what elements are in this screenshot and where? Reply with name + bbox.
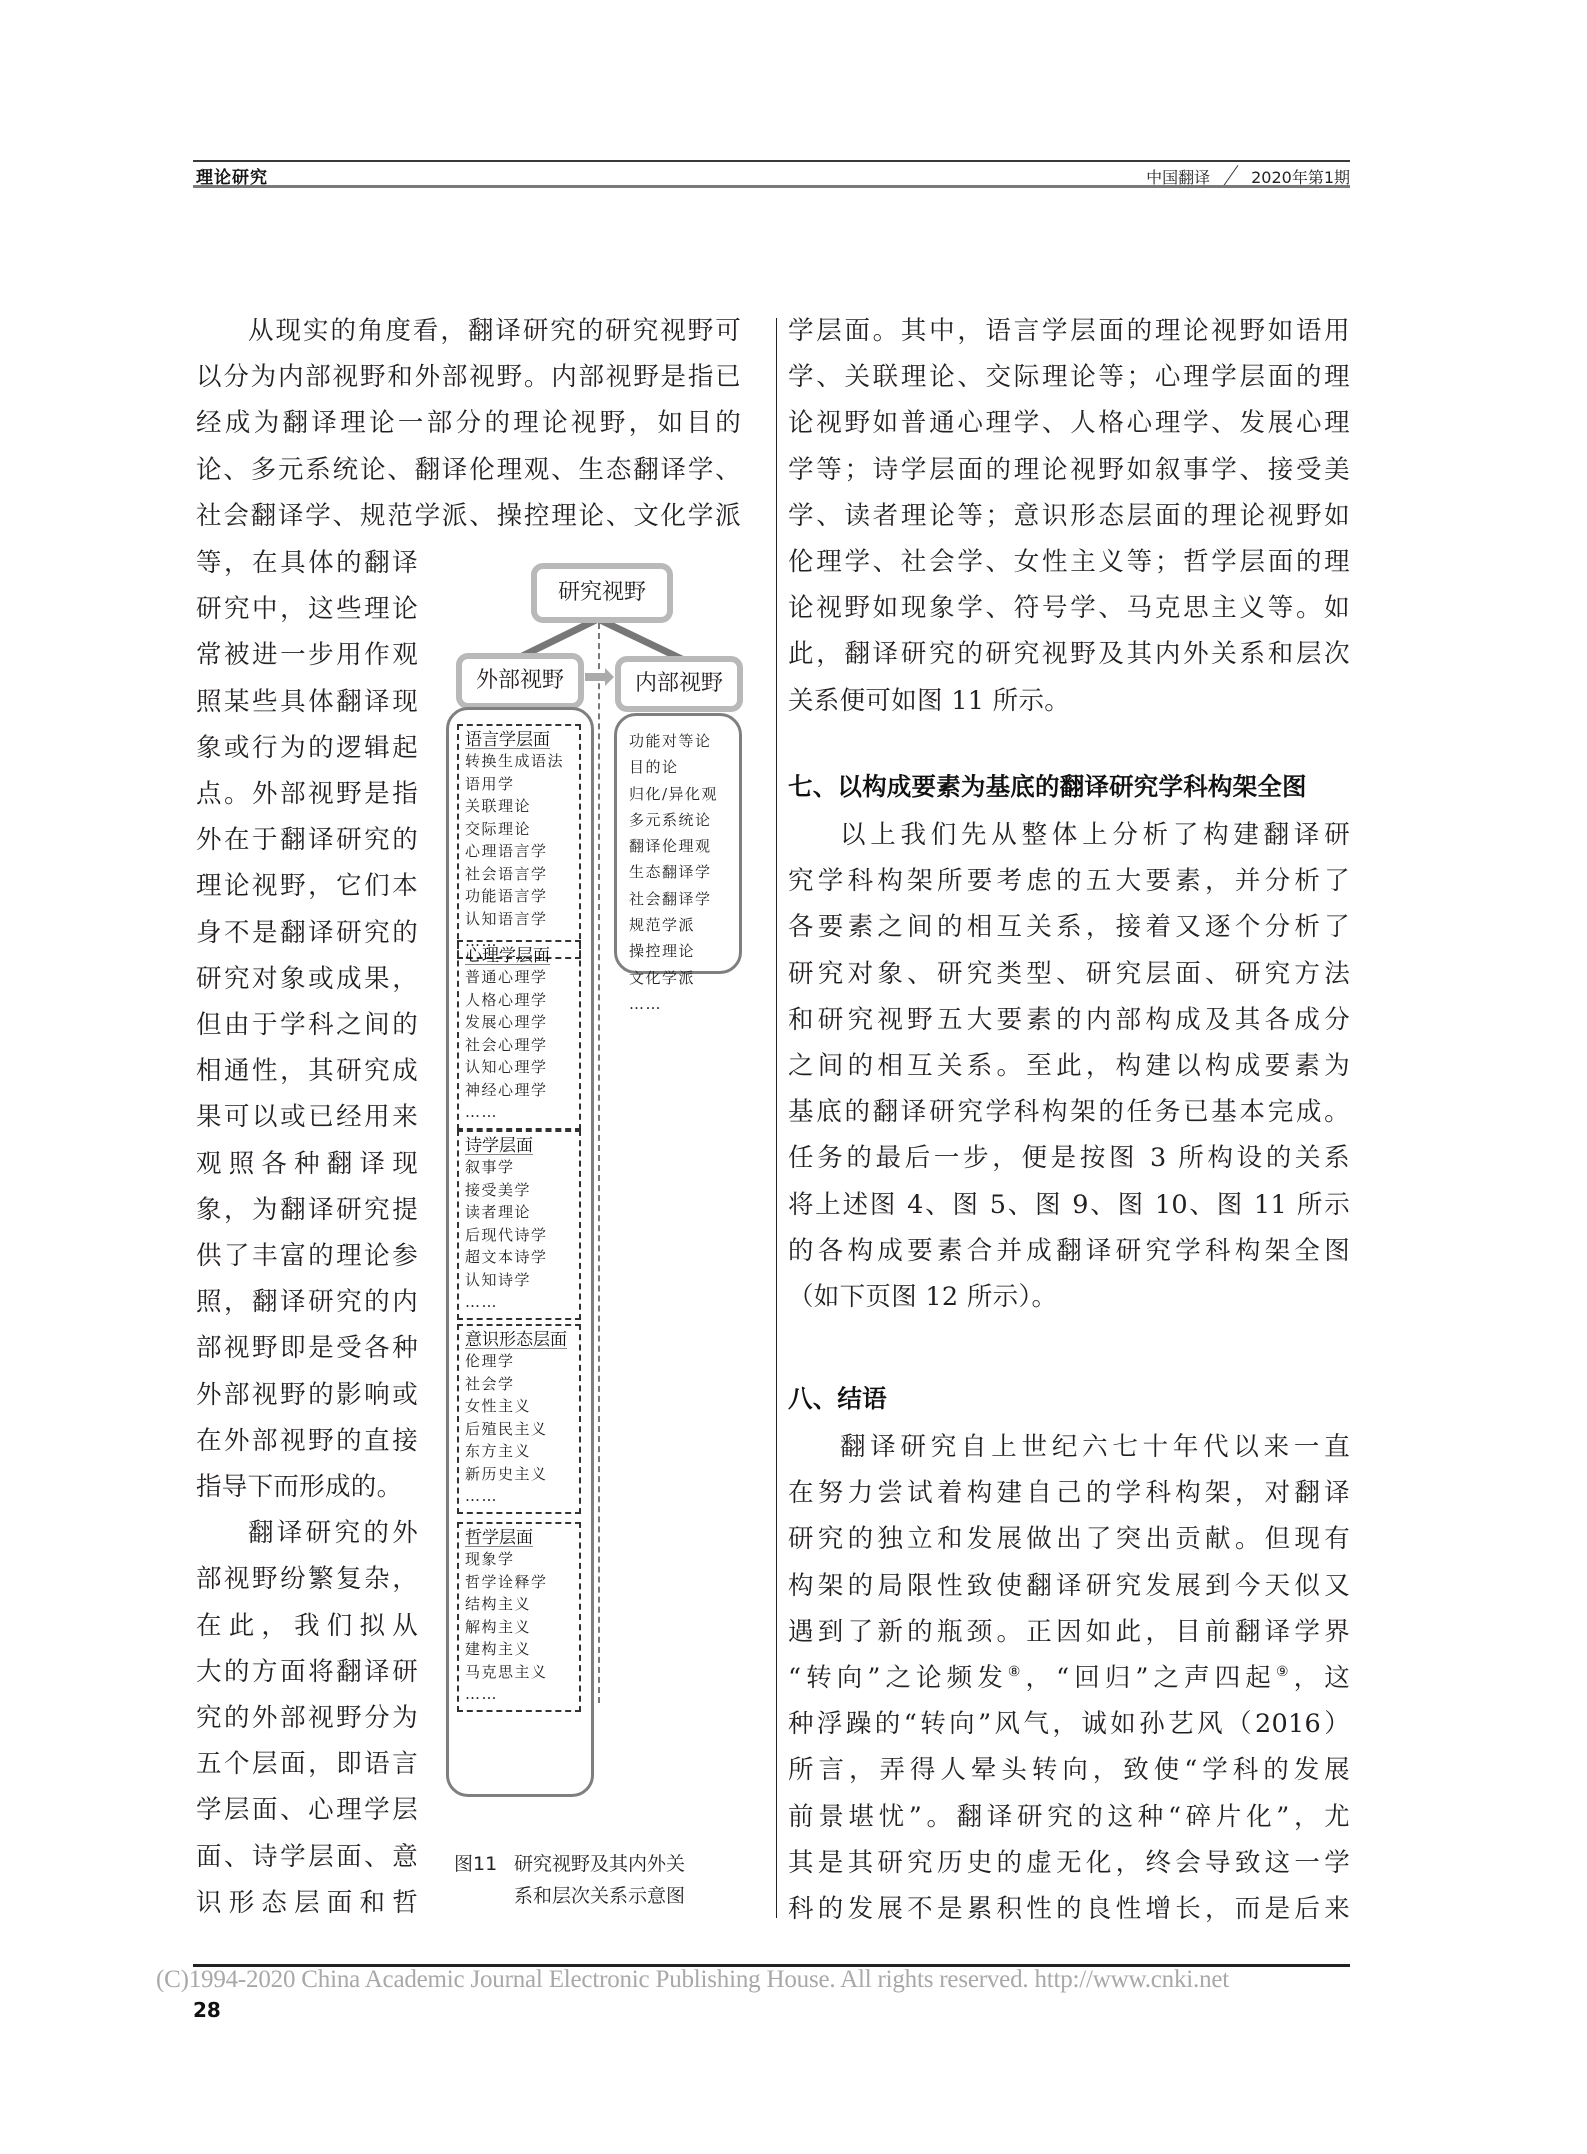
layer-item: 社会学 [465,1373,579,1396]
text-segment: ，“回归”之声四起 [1026,1663,1276,1693]
text-line: 以分为内部视野和外部视野。内部视野是指已 [196,354,741,400]
layer-item: 人格心理学 [465,989,579,1012]
internal-item: 操控理论 [629,938,718,964]
layer-item: 超文本诗学 [465,1246,579,1269]
text-line: 外在于翻译研究的 [196,817,418,863]
layer-item: …… [465,1101,579,1124]
text-line: 和研究视野五大要素的内部构成及其各成分 [788,997,1350,1043]
text-line: 论视野如现象学、符号学、马克思主义等。如 [788,585,1350,631]
text-line: 伦理学、社会学、女性主义等；哲学层面的理 [788,539,1350,585]
internal-items-list: 功能对等论 目的论 归化/异化观 多元系统论 翻译伦理观 生态翻译学 社会翻译学… [629,728,718,1017]
text-line: 研究的独立和发展做出了突出贡献。但现有 [788,1516,1350,1562]
left-paragraph-1-full: 从现实的角度看，翻译研究的研究视野可 以分为内部视野和外部视野。内部视野是指已 … [196,308,741,539]
dashed-divider [598,623,600,1703]
text-line: 学、读者理论等；意识形态层面的理论视野如 [788,493,1350,539]
layer-item: 神经心理学 [465,1079,579,1102]
layer-item: 关联理论 [465,795,579,818]
text-line: 果可以或已经用来 [196,1094,418,1140]
text-line: 从现实的角度看，翻译研究的研究视野可 [196,308,741,354]
layer-item: 马克思主义 [465,1661,579,1684]
caption-line-2: 系和层次关系示意图 [454,1880,685,1912]
text-line: 前景堪忧”。翻译研究的这种“碎片化”，尤 [788,1794,1350,1840]
text-line: 五个层面，即语言 [196,1741,418,1787]
figure-caption: 图11研究视野及其内外关 系和层次关系示意图 [454,1848,685,1912]
internal-item: 文化学派 [629,965,718,991]
text-line: 科的发展不是累积性的良性增长，而是后来 [788,1886,1350,1932]
layer-poetics: 诗学层面 叙事学 接受美学 读者理论 后现代诗学 超文本诗学 认知诗学 …… [457,1130,581,1320]
text-line: 研究中，这些理论 [196,586,418,632]
internal-item: 翻译伦理观 [629,833,718,859]
layer-item: 后现代诗学 [465,1224,579,1247]
text-line-with-footnotes: “转向”之论频发⑧，“回归”之声四起⑨，这 [788,1655,1350,1701]
layer-item: 认知心理学 [465,1056,579,1079]
layer-item: 现象学 [465,1548,579,1571]
footnote-ref-9[interactable]: ⑨ [1276,1664,1294,1680]
internal-item: 功能对等论 [629,728,718,754]
section-7-heading: 七、以构成要素为基底的翻译研究学科构架全图 [788,768,1307,803]
text-line: 的各构成要素合并成翻译研究学科构架全图 [788,1228,1350,1274]
text-line: 各要素之间的相互关系，接着又逐个分析了 [788,904,1350,950]
layer-item: 接受美学 [465,1179,579,1202]
text-line: 所言，弄得人晕头转向，致使“学科的发展 [788,1747,1350,1793]
text-line: 在努力尝试着构建自己的学科构架，对翻译 [788,1470,1350,1516]
text-line: 学层面、心理学层 [196,1787,418,1833]
internal-item: 目的论 [629,754,718,780]
text-line: 论视野如普通心理学、人格心理学、发展心理 [788,400,1350,446]
layer-item: 女性主义 [465,1395,579,1418]
internal-item: 生态翻译学 [629,859,718,885]
text-line: 面、诗学层面、意 [196,1834,418,1880]
text-line: 观照各种翻译现 [196,1141,418,1187]
text-line: 供了丰富的理论参 [196,1233,418,1279]
internal-item: 多元系统论 [629,807,718,833]
layer-item: 建构主义 [465,1638,579,1661]
page-number: 28 [193,1998,221,2022]
layer-item: 语用学 [465,773,579,796]
text-line: 等，在具体的翻译 [196,540,418,586]
text-line: 大的方面将翻译研 [196,1649,418,1695]
header-rule-top [193,160,1350,162]
layer-item: …… [465,1485,579,1508]
header-rule-bottom [193,185,1350,188]
external-vision-box: 外部视野 [456,653,584,709]
layer-item: 结构主义 [465,1593,579,1616]
layer-item: 心理语言学 [465,840,579,863]
text-line: 研究对象、研究类型、研究层面、研究方法 [788,951,1350,997]
text-line: 理论视野，它们本 [196,863,418,909]
text-line: 将上述图 4、图 5、图 9、图 10、图 11 所示 [788,1182,1350,1228]
text-line: 究的外部视野分为 [196,1695,418,1741]
layer-item: 叙事学 [465,1156,579,1179]
internal-item: 归化/异化观 [629,781,718,807]
text-line: 社会翻译学、规范学派、操控理论、文化学派 [196,493,741,539]
text-line: 经成为翻译理论一部分的理论视野，如目的 [196,400,741,446]
research-vision-box: 研究视野 [531,563,673,623]
layer-item: 解构主义 [465,1616,579,1639]
text-line: 之间的相互关系。至此，构建以构成要素为 [788,1043,1350,1089]
text-line: 学等；诗学层面的理论视野如叙事学、接受美 [788,447,1350,493]
layer-title: 诗学层面 [465,1136,579,1156]
text-line: 象或行为的逻辑起 [196,725,418,771]
arrow-shaft [585,673,607,681]
text-line: 部视野即是受各种 [196,1325,418,1371]
text-line: 身不是翻译研究的 [196,910,418,956]
layer-item: 后殖民主义 [465,1418,579,1441]
layer-item: …… [465,1291,579,1314]
text-line: 此，翻译研究的研究视野及其内外关系和层次 [788,631,1350,677]
text-line: 在外部视野的直接 [196,1418,418,1464]
external-layers-container: 语言学层面 转换生成语法 语用学 关联理论 交际理论 心理语言学 社会语言学 功… [446,707,594,1797]
layer-linguistics: 语言学层面 转换生成语法 语用学 关联理论 交际理论 心理语言学 社会语言学 功… [457,724,581,959]
text-line: 外部视野的影响或 [196,1372,418,1418]
layer-item: 发展心理学 [465,1011,579,1034]
text-line: 点。外部视野是指 [196,771,418,817]
text-line: 任务的最后一步，便是按图 3 所构设的关系 [788,1135,1350,1181]
text-line: 但由于学科之间的 [196,1002,418,1048]
internal-vision-box: 内部视野 [615,656,743,712]
layer-item: 交际理论 [465,818,579,841]
layer-item: 社会语言学 [465,863,579,886]
text-segment: “转向”之论频发 [788,1663,1008,1693]
layer-item: 伦理学 [465,1350,579,1373]
text-line: 在此，我们拟从 [196,1603,418,1649]
layer-item: 新历史主义 [465,1463,579,1486]
text-line: 究学科构架所要考虑的五大要素，并分析了 [788,858,1350,904]
left-paragraph-1-narrow: 等，在具体的翻译 研究中，这些理论 常被进一步用作观 照某些具体翻译现 象或行为… [196,540,418,1926]
text-line: 关系便可如图 11 所示。 [788,678,1350,724]
column-divider [776,318,777,1918]
layer-item: 认知诗学 [465,1269,579,1292]
text-line: 相通性，其研究成 [196,1048,418,1094]
text-line: 研究对象或成果， [196,956,418,1002]
layer-philosophy: 哲学层面 现象学 哲学诠释学 结构主义 解构主义 建构主义 马克思主义 …… [457,1522,581,1712]
figure-11-diagram: 研究视野 外部视野 内部视野 语言学层面 转换生成语法 语用学 关联理论 交际理… [430,555,760,1885]
section-8-heading: 八、结语 [788,1380,887,1415]
internal-item: 社会翻译学 [629,886,718,912]
layer-psychology: 心理学层面 普通心理学 人格心理学 发展心理学 社会心理学 认知心理学 神经心理… [457,940,581,1130]
layer-title: 意识形态层面 [465,1330,579,1350]
layer-item: 认知语言学 [465,908,579,931]
copyright-notice: (C)1994-2020 China Academic Journal Elec… [156,1966,1229,1994]
slash-divider [1223,165,1239,187]
text-line: 遇到了新的瓶颈。正因如此，目前翻译学界 [788,1609,1350,1655]
layer-item: 功能语言学 [465,885,579,908]
section-8-paragraph: 翻译研究自上世纪六七十年代以来一直 在努力尝试着构建自己的学科构架，对翻译 研究… [788,1424,1350,1932]
text-line: 学层面。其中，语言学层面的理论视野如语用 [788,308,1350,354]
text-line: 象，为翻译研究提 [196,1187,418,1233]
internal-items-container: 功能对等论 目的论 归化/异化观 多元系统论 翻译伦理观 生态翻译学 社会翻译学… [614,713,742,974]
caption-line-1: 研究视野及其内外关 [514,1853,685,1875]
arrow-right-icon [605,668,614,686]
text-line: 识形态层面和哲 [196,1880,418,1926]
text-line: 基底的翻译研究学科构架的任务已基本完成。 [788,1089,1350,1135]
footnote-ref-8[interactable]: ⑧ [1008,1664,1026,1680]
text-segment: ，这 [1294,1663,1350,1693]
section-7-paragraph: 以上我们先从整体上分析了构建翻译研 究学科构架所要考虑的五大要素，并分析了 各要… [788,812,1350,1320]
layer-ideology: 意识形态层面 伦理学 社会学 女性主义 后殖民主义 东方主义 新历史主义 …… [457,1324,581,1514]
layer-title: 心理学层面 [465,946,579,966]
text-line: 其是其研究历史的虚无化，终会导致这一学 [788,1840,1350,1886]
internal-item: 规范学派 [629,912,718,938]
text-line: 种浮躁的“转向”风气，诚如孙艺风（2016） [788,1701,1350,1747]
text-line: 构架的局限性致使翻译研究发展到今天似又 [788,1563,1350,1609]
text-line: （如下页图 12 所示）。 [788,1274,1350,1320]
layer-title: 语言学层面 [465,730,579,750]
text-line: 指导下而形成的。 [196,1464,418,1510]
layer-item: 东方主义 [465,1440,579,1463]
layer-item: 普通心理学 [465,966,579,989]
right-paragraph-1: 学层面。其中，语言学层面的理论视野如语用 学、关联理论、交际理论等；心理学层面的… [788,308,1350,724]
text-line: 照某些具体翻译现 [196,679,418,725]
text-line: 翻译研究自上世纪六七十年代以来一直 [788,1424,1350,1470]
layer-item: 社会心理学 [465,1034,579,1057]
layer-item: 哲学诠释学 [465,1571,579,1594]
figure-number: 图11 [454,1848,514,1880]
text-line: 部视野纷繁复杂， [196,1556,418,1602]
layer-item: 转换生成语法 [465,750,579,773]
text-line: 常被进一步用作观 [196,632,418,678]
text-line: 翻译研究的外 [196,1510,418,1556]
text-line: 论、多元系统论、翻译伦理观、生态翻译学、 [196,447,741,493]
text-line: 照，翻译研究的内 [196,1279,418,1325]
layer-item: 读者理论 [465,1201,579,1224]
text-line: 学、关联理论、交际理论等；心理学层面的理 [788,354,1350,400]
text-line: 以上我们先从整体上分析了构建翻译研 [788,812,1350,858]
internal-item: …… [629,991,718,1017]
layer-title: 哲学层面 [465,1528,579,1548]
layer-item: …… [465,1683,579,1706]
